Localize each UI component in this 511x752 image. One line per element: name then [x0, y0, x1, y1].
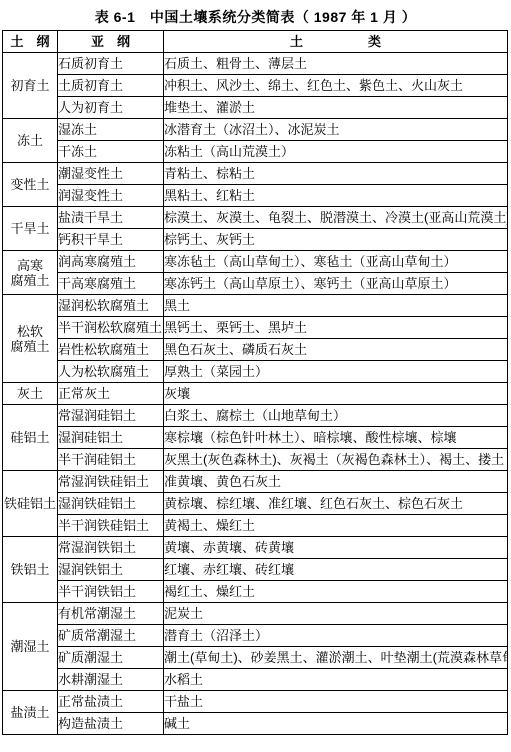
types-cell: 灰壤	[164, 383, 508, 405]
types-cell: 干盐土	[164, 691, 508, 713]
table-row: 岩性松软腐殖土 黑色石灰土、磷质石灰土	[3, 339, 508, 361]
suborder-cell: 土质初育土	[58, 75, 164, 97]
suborder-cell: 常湿润铁硅铝土	[58, 471, 164, 493]
order-cell: 硅铝土	[3, 405, 58, 471]
suborder-cell: 人为初育土	[58, 97, 164, 119]
types-cell: 冰潜育土（冰沼土）、冰泥炭土	[164, 119, 508, 141]
suborder-cell: 半干润硅铝土	[58, 449, 164, 471]
suborder-cell: 湿润松软腐殖土	[58, 295, 164, 317]
table-title: 表 6-1 中国土壤系统分类简表（ 1987 年 1 月 ）	[0, 0, 511, 25]
table-row: 干冻土 冻粘土（高山荒漠土）	[3, 141, 508, 163]
suborder-cell: 矿质常潮湿土	[58, 625, 164, 647]
table-row: 半干润松软腐殖土 黑钙土、栗钙土、黑垆土	[3, 317, 508, 339]
types-cell: 寒棕壤（棕色针叶林土）、暗棕壤、酸性棕壤、棕壤	[164, 427, 508, 449]
suborder-cell: 人为松软腐殖土	[58, 361, 164, 383]
table-row: 半干润硅铝土 灰黑土(灰色森林土)、灰褐土（灰褐色森林土）、褐土、搂土	[3, 449, 508, 471]
suborder-cell: 水耕潮湿土	[58, 669, 164, 691]
order-cell: 冻土	[3, 119, 58, 163]
suborder-cell: 潮湿变性土	[58, 163, 164, 185]
table-row: 人为松软腐殖土 厚熟土（菜园土）	[3, 361, 508, 383]
types-cell: 黑粘土、红粘土	[164, 185, 508, 207]
table-row: 潮湿土 有机常潮湿土 泥炭土	[3, 603, 508, 625]
table-row: 松软 腐殖土 湿润松软腐殖土 黑土	[3, 295, 508, 317]
suborder-cell: 有机常潮湿土	[58, 603, 164, 625]
types-cell: 黑钙土、栗钙土、黑垆土	[164, 317, 508, 339]
types-cell: 冲积土、风沙土、绵土、红色土、紫色土、火山灰土	[164, 75, 508, 97]
suborder-cell: 常湿润铁铝土	[58, 537, 164, 559]
types-cell: 石质土、粗骨土、薄层土	[164, 53, 508, 75]
order-cell: 铁硅铝土	[3, 471, 58, 537]
types-cell: 碱土	[164, 713, 508, 735]
table-row: 矿质潮湿土 潮土(草甸土)、砂姜黑土、灌淤潮土、叶垫潮土(荒漠森林草甸上)	[3, 647, 508, 669]
table-row: 冻土 湿冻土 冰潜育土（冰沼土）、冰泥炭土	[3, 119, 508, 141]
order-cell: 初育土	[3, 53, 58, 119]
suborder-cell: 湿润铁铝土	[58, 559, 164, 581]
suborder-cell: 润湿变性土	[58, 185, 164, 207]
header-soil-order: 土 纲	[3, 31, 58, 53]
suborder-cell: 盐渍干旱土	[58, 207, 164, 229]
table-row: 变性土 潮湿变性土 青粘土、棕粘土	[3, 163, 508, 185]
suborder-cell: 湿冻土	[58, 119, 164, 141]
types-cell: 红壤、赤红壤、砖红壤	[164, 559, 508, 581]
table-row: 高寒 腐殖土 润高寒腐殖土 寒冻毡土（高山草甸土）、寒毡土（亚高山草甸土）	[3, 251, 508, 273]
table-row: 构造盐渍土 碱土	[3, 713, 508, 735]
order-cell: 高寒 腐殖土	[3, 251, 58, 295]
types-cell: 厚熟土（菜园土）	[164, 361, 508, 383]
suborder-cell: 润高寒腐殖土	[58, 251, 164, 273]
suborder-cell: 干高寒腐殖土	[58, 273, 164, 295]
types-cell: 准黄壤、黄色石灰土	[164, 471, 508, 493]
types-cell: 潮土(草甸土)、砂姜黑土、灌淤潮土、叶垫潮土(荒漠森林草甸上)	[164, 647, 508, 669]
types-cell: 棕钙土、灰钙土	[164, 229, 508, 251]
suborder-cell: 构造盐渍土	[58, 713, 164, 735]
table-row: 硅铝土 常湿润硅铝土 白浆土、腐棕土（山地草甸土）	[3, 405, 508, 427]
types-cell: 寒冻毡土（高山草甸土）、寒毡土（亚高山草甸土）	[164, 251, 508, 273]
header-soil-types: 土 类	[164, 31, 508, 53]
suborder-cell: 湿润硅铝土	[58, 427, 164, 449]
suborder-cell: 半干润铁铝土	[58, 581, 164, 603]
types-cell: 黄壤、赤黄壤、砖黄壤	[164, 537, 508, 559]
table-row: 湿润硅铝土 寒棕壤（棕色针叶林土）、暗棕壤、酸性棕壤、棕壤	[3, 427, 508, 449]
types-cell: 灰黑土(灰色森林土)、灰褐土（灰褐色森林土）、褐土、搂土	[164, 449, 508, 471]
table-row: 初育土 石质初育土 石质土、粗骨土、薄层土	[3, 53, 508, 75]
order-cell: 铁铝土	[3, 537, 58, 603]
table-row: 干旱土 盐渍干旱土 棕漠土、灰漠土、龟裂土、脱潜漠土、冷漠土(亚高山荒漠土)	[3, 207, 508, 229]
types-cell: 水稻土	[164, 669, 508, 691]
types-cell: 寒冻钙土（高山草原土）、寒钙土（亚高山草原土）	[164, 273, 508, 295]
table-row: 润湿变性土 黑粘土、红粘土	[3, 185, 508, 207]
table-row: 人为初育土 堆垫土、灌淤土	[3, 97, 508, 119]
suborder-cell: 湿润铁硅铝土	[58, 493, 164, 515]
types-cell: 泥炭土	[164, 603, 508, 625]
order-cell: 变性土	[3, 163, 58, 207]
order-cell: 松软 腐殖土	[3, 295, 58, 383]
table-row: 铁硅铝土 常湿润铁硅铝土 准黄壤、黄色石灰土	[3, 471, 508, 493]
types-cell: 棕漠土、灰漠土、龟裂土、脱潜漠土、冷漠土(亚高山荒漠土)	[164, 207, 508, 229]
types-cell: 黄褐土、燥红土	[164, 515, 508, 537]
table-row: 钙积干旱土 棕钙土、灰钙土	[3, 229, 508, 251]
suborder-cell: 正常盐渍土	[58, 691, 164, 713]
table-row: 半干润铁硅铝土 黄褐土、燥红土	[3, 515, 508, 537]
table-row: 干高寒腐殖土 寒冻钙土（高山草原土）、寒钙土（亚高山草原土）	[3, 273, 508, 295]
order-cell: 潮湿土	[3, 603, 58, 691]
suborder-cell: 半干润松软腐殖土	[58, 317, 164, 339]
suborder-cell: 石质初育土	[58, 53, 164, 75]
table-row: 湿润铁硅铝土 黄棕壤、棕红壤、准红壤、红色石灰土、棕色石灰土	[3, 493, 508, 515]
suborder-cell: 钙积干旱土	[58, 229, 164, 251]
types-cell: 潜育土（沼泽土）	[164, 625, 508, 647]
suborder-cell: 岩性松软腐殖土	[58, 339, 164, 361]
types-cell: 黑土	[164, 295, 508, 317]
types-cell: 黄棕壤、棕红壤、准红壤、红色石灰土、棕色石灰土	[164, 493, 508, 515]
header-soil-suborder: 亚 纲	[58, 31, 164, 53]
table-row: 矿质常潮湿土 潜育土（沼泽土）	[3, 625, 508, 647]
table-row: 水耕潮湿土 水稻土	[3, 669, 508, 691]
header-row: 土 纲 亚 纲 土 类	[3, 31, 508, 53]
table-row: 盐渍土 正常盐渍土 干盐土	[3, 691, 508, 713]
table-row: 灰土 正常灰土 灰壤	[3, 383, 508, 405]
order-cell: 灰土	[3, 383, 58, 405]
types-cell: 冻粘土（高山荒漠土）	[164, 141, 508, 163]
table-row: 铁铝土 常湿润铁铝土 黄壤、赤黄壤、砖黄壤	[3, 537, 508, 559]
types-cell: 黑色石灰土、磷质石灰土	[164, 339, 508, 361]
table-row: 湿润铁铝土 红壤、赤红壤、砖红壤	[3, 559, 508, 581]
suborder-cell: 常湿润硅铝土	[58, 405, 164, 427]
table-row: 土质初育土 冲积土、风沙土、绵土、红色土、紫色土、火山灰土	[3, 75, 508, 97]
order-cell: 盐渍土	[3, 691, 58, 735]
types-cell: 青粘土、棕粘土	[164, 163, 508, 185]
suborder-cell: 矿质潮湿土	[58, 647, 164, 669]
suborder-cell: 正常灰土	[58, 383, 164, 405]
types-cell: 白浆土、腐棕土（山地草甸土）	[164, 405, 508, 427]
table-row: 半干润铁铝土 褐红土、燥红土	[3, 581, 508, 603]
suborder-cell: 干冻土	[58, 141, 164, 163]
types-cell: 堆垫土、灌淤土	[164, 97, 508, 119]
soil-classification-table: 土 纲 亚 纲 土 类 初育土 石质初育土 石质土、粗骨土、薄层土 土质初育土 …	[2, 30, 508, 735]
suborder-cell: 半干润铁硅铝土	[58, 515, 164, 537]
types-cell: 褐红土、燥红土	[164, 581, 508, 603]
order-cell: 干旱土	[3, 207, 58, 251]
document-page: 表 6-1 中国土壤系统分类简表（ 1987 年 1 月 ） 土 纲 亚 纲 土…	[0, 0, 511, 752]
